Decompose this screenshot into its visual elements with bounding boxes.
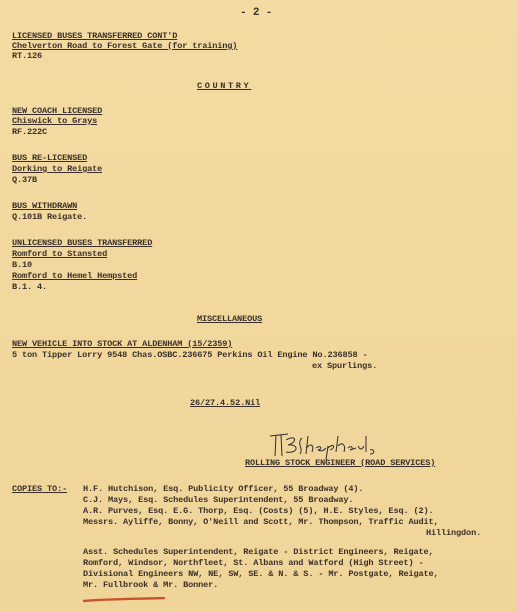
route-text: Chiswick to Grays	[12, 116, 97, 127]
nil-date: 26/27.4.52.Nil	[190, 398, 260, 409]
copies-line: Messrs. Ayliffe, Bonny, O'Neill and Scot…	[83, 517, 439, 528]
copies-line: Divisional Engineers NW, NE, SW, SE. & N…	[83, 569, 439, 580]
copies-line: Romford, Windsor, Northfleet, St. Albans…	[83, 558, 423, 569]
route-text: Dorking to Reigate	[12, 164, 102, 175]
red-pencil-mark-icon	[83, 597, 165, 603]
vehicle-code: Q.101B Reigate.	[12, 212, 87, 223]
copies-line: Hillingdon.	[426, 528, 481, 539]
route-text: Romford to Stansted	[12, 249, 107, 260]
signature-icon	[266, 430, 386, 460]
copies-line: Mr. Fullbrook & Mr. Bonner.	[83, 580, 218, 591]
vehicle-code: B.10	[12, 260, 32, 271]
copies-line: A.R. Purves, Esq. E.G. Thorp, Esq. (Cost…	[83, 506, 434, 517]
heading-misc: MISCELLANEOUS	[197, 314, 262, 325]
heading-bus-relicensed: BUS RE-LICENSED	[12, 153, 87, 164]
heading-country: COUNTRY	[197, 81, 251, 92]
vehicle-code: RT.126	[12, 51, 42, 62]
vehicle-code: B.1. 4.	[12, 282, 47, 293]
route-text: Chelverton Road to Forest Gate (for trai…	[12, 41, 237, 52]
copies-line: Asst. Schedules Superintendent, Reigate …	[83, 547, 434, 558]
document-page: - 2 - LICENSED BUSES TRANSFERRED CONT'D …	[0, 0, 517, 612]
copies-line: C.J. Mays, Esq. Schedules Superintendent…	[83, 495, 353, 506]
route-text: Romford to Hemel Hempsted	[12, 271, 137, 282]
vehicle-code: RF.222C	[12, 127, 47, 138]
vehicle-code: Q.37B	[12, 175, 37, 186]
copies-label: COPIES TO:-	[12, 484, 67, 495]
heading-new-vehicle: NEW VEHICLE INTO STOCK AT ALDENHAM (15/2…	[12, 339, 232, 350]
copies-line: H.F. Hutchison, Esq. Publicity Officer, …	[83, 484, 363, 495]
heading-new-coach: NEW COACH LICENSED	[12, 106, 102, 117]
vehicle-description: ex Spurlings.	[312, 361, 377, 372]
page-number: - 2 -	[240, 8, 272, 19]
vehicle-description: 5 ton Tipper Lorry 9548 Chas.OSBC.236675…	[12, 350, 368, 361]
heading-unlicensed: UNLICENSED BUSES TRANSFERRED	[12, 238, 152, 249]
signatory-title: ROLLING STOCK ENGINEER (ROAD SERVICES)	[245, 458, 435, 469]
heading-bus-withdrawn: BUS WITHDRAWN	[12, 201, 77, 212]
heading-licensed-buses: LICENSED BUSES TRANSFERRED CONT'D	[12, 31, 177, 42]
